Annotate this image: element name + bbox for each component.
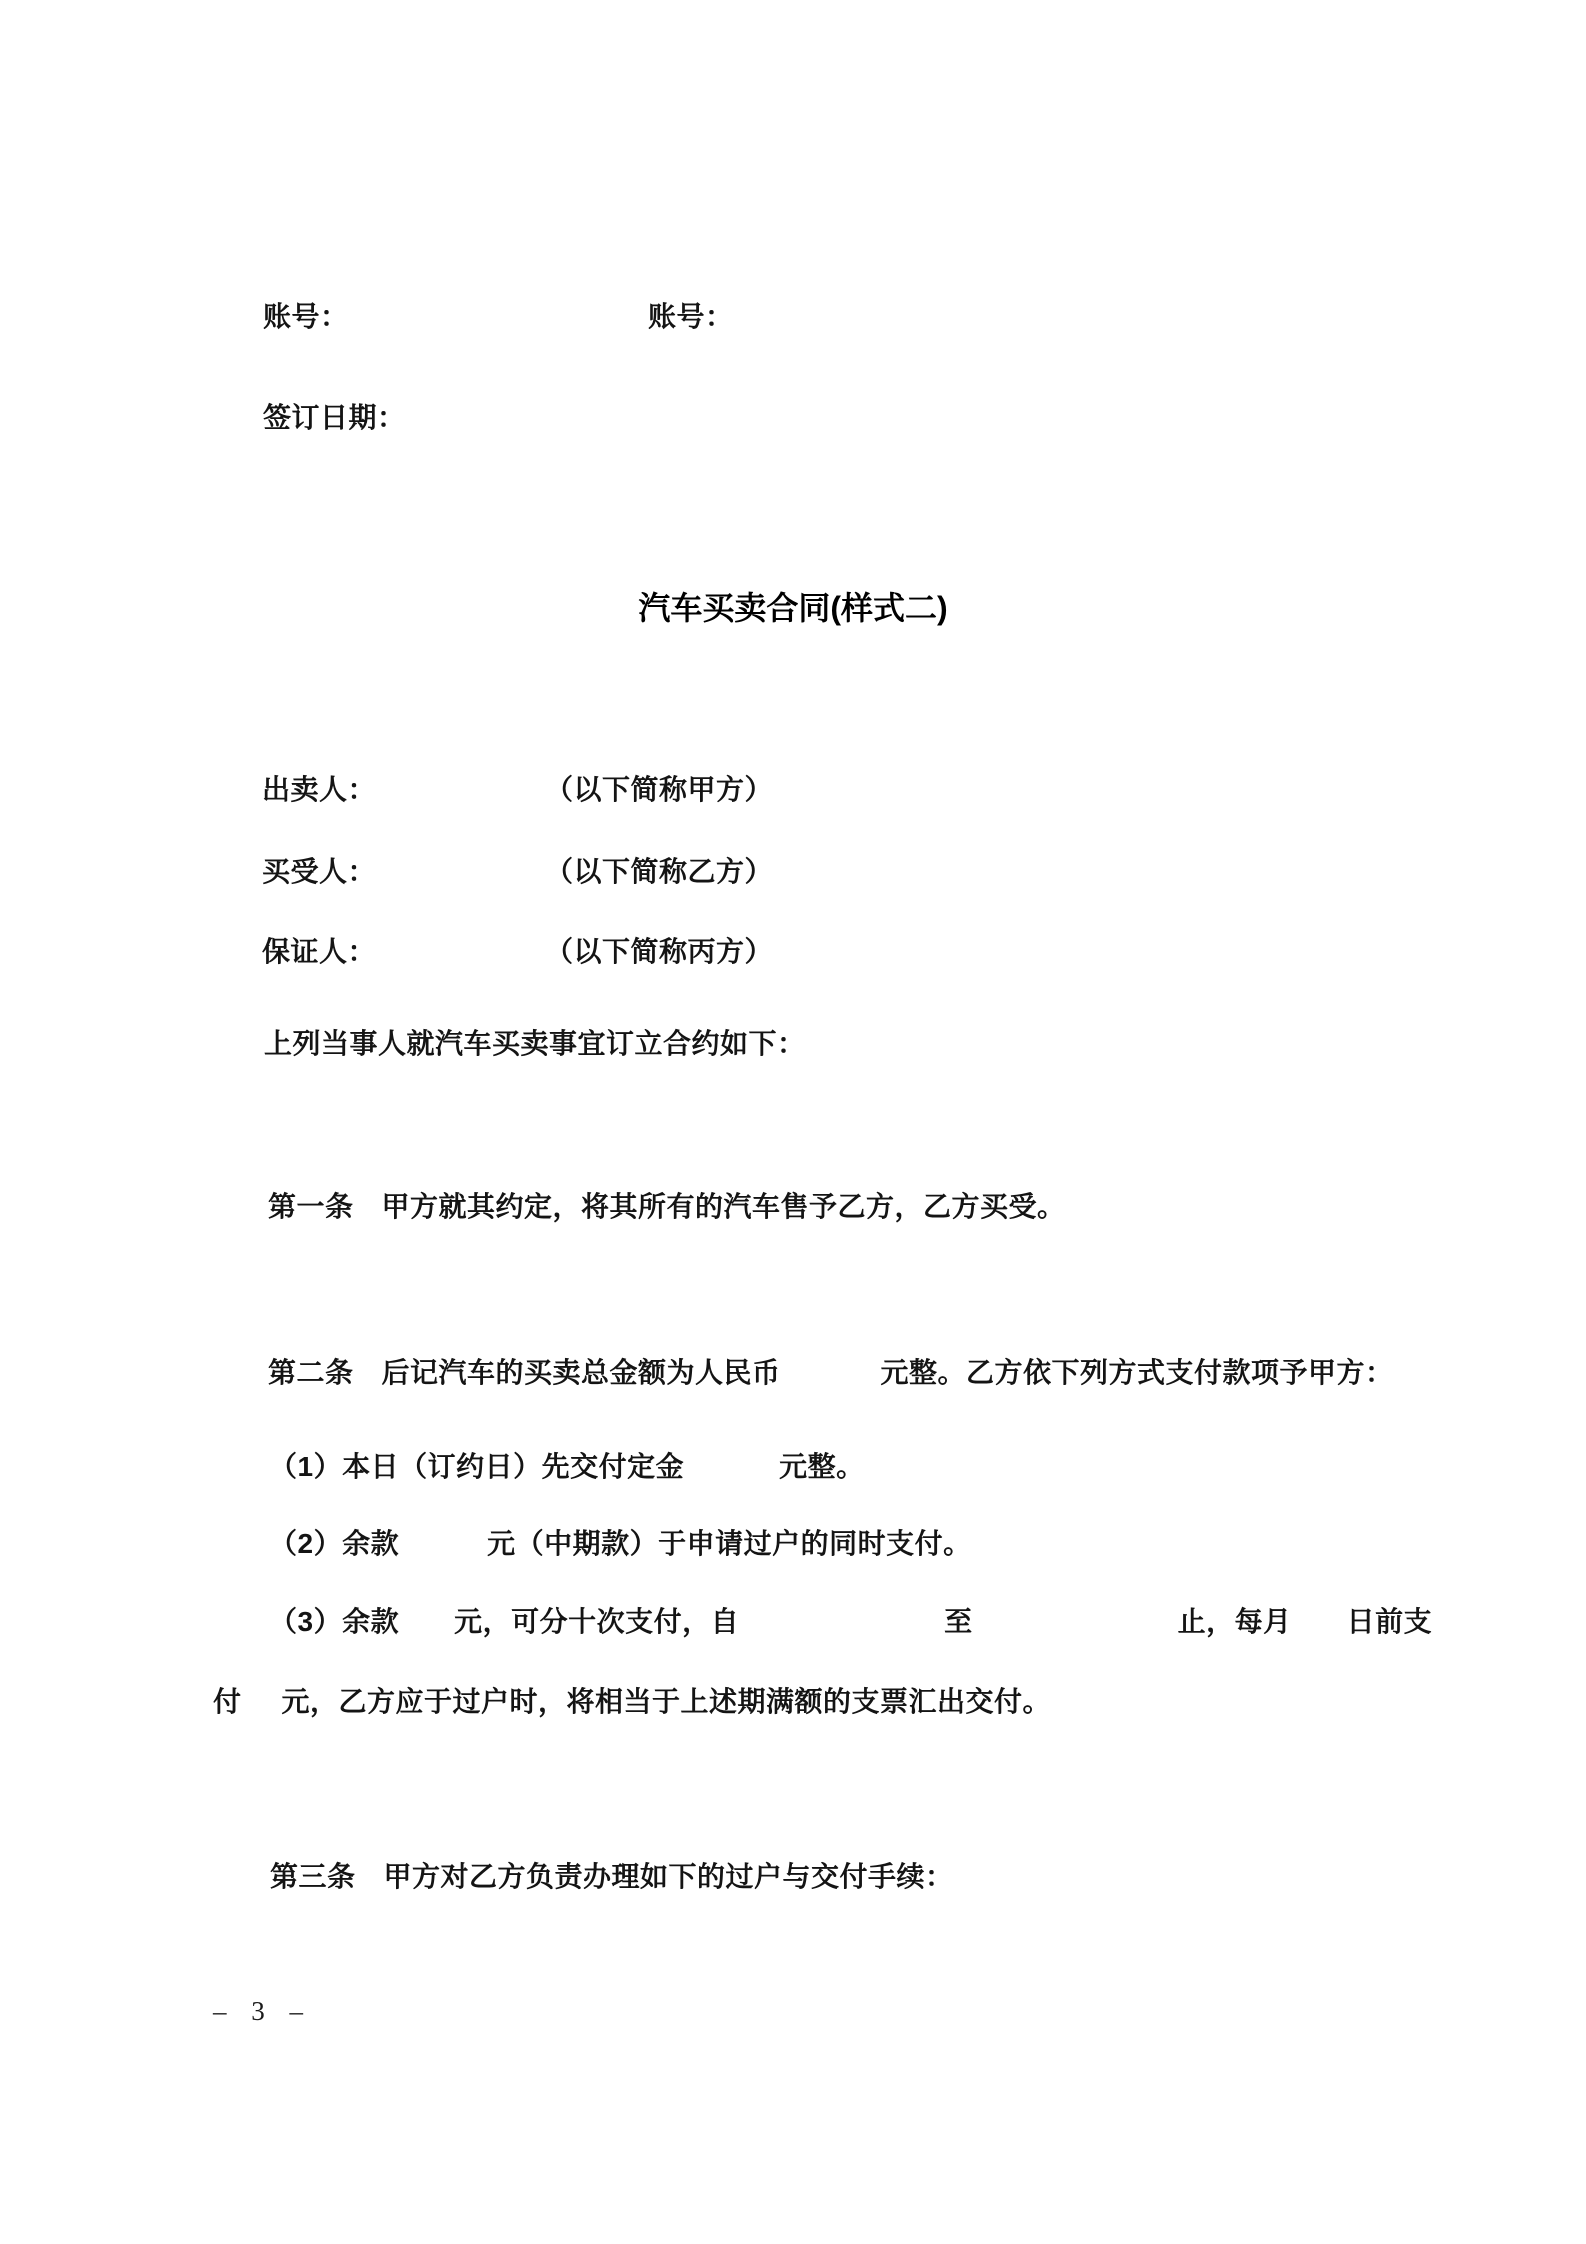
payment-item-2: （2）余款元（中期款）于申请过户的同时支付。 [269, 1527, 972, 1561]
blank-amount-field [242, 1709, 282, 1711]
seller-label: 出卖人： [262, 773, 376, 807]
article-2-text-after: 元整。乙方依下列方式支付款项予甲方： [881, 1357, 1394, 1388]
payment-item-1: （1）本日（订约日）先交付定金元整。 [269, 1450, 865, 1484]
article-1: 第一条甲方就其约定，将其所有的汽车售予乙方，乙方买受。 [268, 1190, 1066, 1224]
payment-item-1-text-after: 元整。 [779, 1451, 865, 1482]
blank-date-field [739, 1629, 944, 1631]
payment-item-3-cont-p2: 元，乙方应于过户时，将相当于上述期满额的支票汇出交付。 [282, 1686, 1052, 1717]
payment-item-3-p3: 至 [944, 1606, 973, 1637]
payment-item-2-text-before: （2）余款 [269, 1528, 399, 1559]
article-1-label: 第一条 [268, 1191, 354, 1222]
account-label-2: 账号： [648, 300, 734, 334]
article-2: 第二条后记汽车的买卖总金额为人民币元整。乙方依下列方式支付款项予甲方： [268, 1356, 1394, 1390]
article-1-text: 甲方就其约定，将其所有的汽车售予乙方，乙方买受。 [382, 1191, 1066, 1222]
payment-item-3: （3）余款元，可分十次支付，自至止，每月日前支 [269, 1605, 1432, 1639]
payment-item-3-p1: （3）余款 [269, 1606, 399, 1637]
payment-item-3-continued: 付元，乙方应于过户时，将相当于上述期满额的支票汇出交付。 [213, 1685, 1051, 1719]
article-2-text-before: 后记汽车的买卖总金额为人民币 [382, 1357, 781, 1388]
buyer-label: 买受人： [262, 855, 376, 889]
payment-item-3-cont-p1: 付 [213, 1686, 242, 1717]
article-3-text: 甲方对乙方负责办理如下的过户与交付手续： [384, 1861, 954, 1892]
account-label-1: 账号： [263, 300, 349, 334]
spacer [354, 1214, 382, 1216]
payment-item-3-p4: 止，每月 [1178, 1606, 1292, 1637]
blank-amount-field [399, 1629, 454, 1631]
guarantor-note: （以下简称丙方） [545, 935, 773, 969]
article-3-label: 第三条 [270, 1861, 356, 1892]
article-3: 第三条甲方对乙方负责办理如下的过户与交付手续： [270, 1860, 954, 1894]
blank-date-field [973, 1629, 1178, 1631]
guarantor-label: 保证人： [262, 935, 376, 969]
payment-item-3-p5: 日前支 [1347, 1606, 1433, 1637]
blank-amount-field [684, 1474, 779, 1476]
seller-note: （以下简称甲方） [545, 773, 773, 807]
sign-date-label: 签订日期： [263, 401, 406, 435]
intro-line: 上列当事人就汽车买卖事宜订立合约如下： [264, 1027, 806, 1061]
buyer-note: （以下简称乙方） [545, 855, 773, 889]
blank-amount-field [399, 1551, 487, 1553]
blank-amount-field [781, 1380, 881, 1382]
page-number: – 3 – [213, 1996, 312, 2027]
article-2-label: 第二条 [268, 1357, 354, 1388]
blank-day-field [1292, 1629, 1347, 1631]
payment-item-1-text-before: （1）本日（订约日）先交付定金 [269, 1451, 684, 1482]
payment-item-3-p2: 元，可分十次支付，自 [454, 1606, 739, 1637]
spacer [356, 1884, 384, 1886]
contract-document-page: 账号： 账号： 签订日期： 汽车买卖合同(样式二) 出卖人： （以下简称甲方） … [0, 0, 1586, 2244]
document-title: 汽车买卖合同(样式二) [0, 583, 1586, 629]
payment-item-2-text-after: 元（中期款）于申请过户的同时支付。 [487, 1528, 972, 1559]
spacer [354, 1380, 382, 1382]
